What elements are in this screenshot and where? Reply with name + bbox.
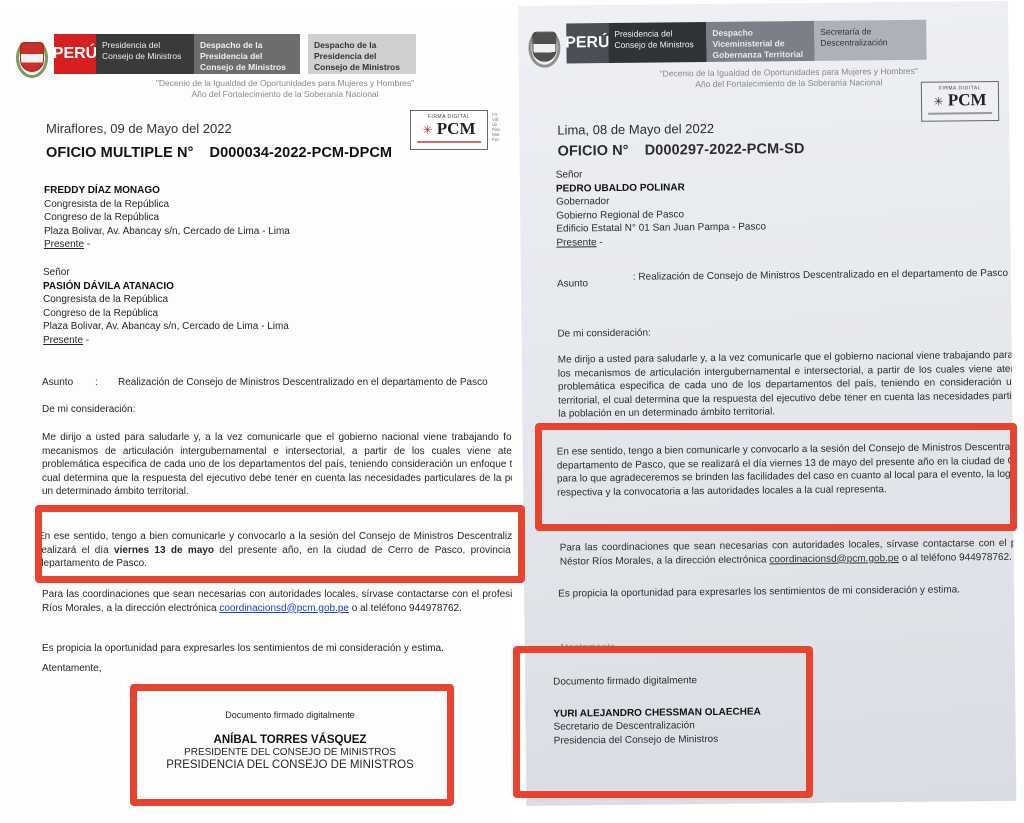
highlight-box-right-signature	[513, 646, 813, 798]
oficio-heading: OFICIO N°D000297-2022-PCM-SD	[557, 143, 804, 159]
recipient-line: Plaza Bolivar, Av. Abancay s/n, Cercado …	[44, 225, 344, 239]
highlight-box-left-paragraph	[35, 505, 525, 583]
header-block-pcm: Presidencia del Consejo de Ministros	[96, 34, 194, 74]
paragraph-3: Para las coordinaciones que sean necesar…	[560, 537, 1014, 569]
peru-coat-of-arms-icon	[14, 34, 50, 80]
slogan-year: Año del Fortalecimiento de la Soberanía …	[130, 89, 440, 100]
salutation: Señor	[43, 266, 343, 280]
oficio-label: OFICIO N°	[557, 143, 628, 160]
letterhead: PERÚ Presidencia del Consejo de Ministro…	[14, 34, 416, 80]
paragraph-3: Para las coordinaciones que sean necesar…	[42, 588, 512, 615]
slogan-decenio: "Decenio de la Igualdad de Oportunidades…	[130, 78, 440, 89]
paragraph-3-text: o al teléfono 944978762.	[899, 551, 1012, 563]
asunto-label: Asunto	[42, 376, 73, 390]
header-block-secretaria: Secretaría de Descentralización	[814, 20, 926, 61]
presente-label: Presente	[44, 239, 84, 250]
asunto-label: Asunto	[557, 277, 588, 291]
letter-date: Miraflores, 09 de Mayo del 2022	[46, 122, 232, 136]
paragraph-3-text: o al teléfono 944978762.	[349, 603, 462, 614]
paragraph-1-clip: Me dirijo a usted para saludarle y, a la…	[42, 431, 512, 495]
greeting: De mi consideración:	[42, 403, 135, 417]
pcm-logo: ✳ PCM	[411, 120, 487, 139]
recipient-line: Plaza Bolivar, Av. Abancay s/n, Cercado …	[43, 320, 343, 334]
letter-date: Lima, 08 de Mayo del 2022	[557, 122, 714, 137]
recipient-line: Congresista de la República	[43, 293, 343, 307]
recipient-name: FREDDY DÍAZ MONAGO	[44, 184, 344, 198]
stamp-side-text: FirVálubPasMotFec	[492, 112, 502, 142]
recipient-name: PASIÓN DÁVILA ATANACIO	[43, 280, 343, 294]
presente-label: Presente	[43, 335, 83, 346]
greeting: De mi consideración:	[557, 327, 651, 341]
asunto-colon: :	[95, 376, 98, 390]
closing: Es propicia la oportunidad para expresar…	[42, 642, 444, 656]
recipient-line: Congreso de la República	[44, 211, 344, 225]
header-block-despacho-2: Despacho de la Presidencia del Consejo d…	[308, 34, 416, 74]
recipient: Señor PEDRO UBALDO POLINAR Gobernador Go…	[556, 165, 857, 249]
recipient-line: Congresista de la República	[44, 198, 344, 212]
oficio-number: D000034-2022-PCM-DPCM	[210, 145, 393, 161]
oficio-heading: OFICIO MULTIPLE N°D000034-2022-PCM-DPCM	[46, 147, 392, 161]
email-link[interactable]: coordinacionsd@pcm.gob.pe	[219, 603, 349, 614]
recipient-1: FREDDY DÍAZ MONAGO Congresista de la Rep…	[44, 184, 344, 252]
digital-signature-stamp: FIRMA DIGITAL ✳ PCM	[410, 110, 488, 150]
pcm-text: PCM	[437, 119, 476, 138]
recipient-line: Congreso de la República	[43, 307, 343, 321]
peru-coat-of-arms-icon	[526, 24, 562, 70]
header-block-pcm: Presidencia del Consejo de Ministros	[608, 22, 706, 63]
oficio-number: D000297-2022-PCM-SD	[645, 141, 805, 159]
header-block-viceministerial: Despacho Viceministerial de Gobernanza T…	[706, 21, 814, 62]
digital-signature-stamp: FIRMA DIGITAL ✳ PCM	[921, 81, 999, 122]
highlight-box-right-paragraph	[535, 423, 1017, 531]
oficio-label: OFICIO MULTIPLE N°	[46, 145, 194, 161]
asterisk-icon: ✳	[422, 123, 432, 137]
letterhead: PERÚ Presidencia del Consejo de Ministro…	[526, 20, 926, 70]
closing: Es propicia la oportunidad para expresar…	[558, 583, 960, 601]
paragraph-1: Me dirijo a usted para saludarle y, a la…	[558, 349, 1013, 421]
highlight-box-left-signature	[130, 684, 454, 806]
asunto-text: Realización de Consejo de Ministros Desc…	[118, 376, 508, 390]
paragraph-1: Me dirijo a usted para saludarle y, a la…	[42, 431, 512, 495]
presente-label: Presente	[556, 237, 596, 248]
asunto-text: : Realización de Consejo de Ministros De…	[633, 267, 1011, 284]
asterisk-icon: ✳	[933, 95, 943, 109]
peru-logo: PERÚ	[54, 34, 96, 74]
pcm-text: PCM	[948, 90, 987, 109]
paragraph-3-clip: Para las coordinaciones que sean necesar…	[560, 537, 1014, 584]
paragraph-1-clip: Me dirijo a usted para saludarle y, a la…	[558, 349, 1013, 424]
header-block-despacho: Despacho de la Presidencia del Consejo d…	[194, 34, 300, 74]
peru-logo: PERÚ	[566, 23, 608, 63]
email-link[interactable]: coordinacionsd@pcm.gob.pe	[769, 553, 899, 565]
pcm-logo: ✳ PCM	[922, 91, 998, 111]
paragraph-3-clip: Para las coordinaciones que sean necesar…	[42, 588, 512, 630]
recipient-2: Señor PASIÓN DÁVILA ATANACIO Congresista…	[43, 266, 343, 347]
farewell: Atentamente,	[42, 662, 101, 676]
slogan-year: Año del Fortalecimiento de la Soberanía …	[629, 76, 949, 90]
